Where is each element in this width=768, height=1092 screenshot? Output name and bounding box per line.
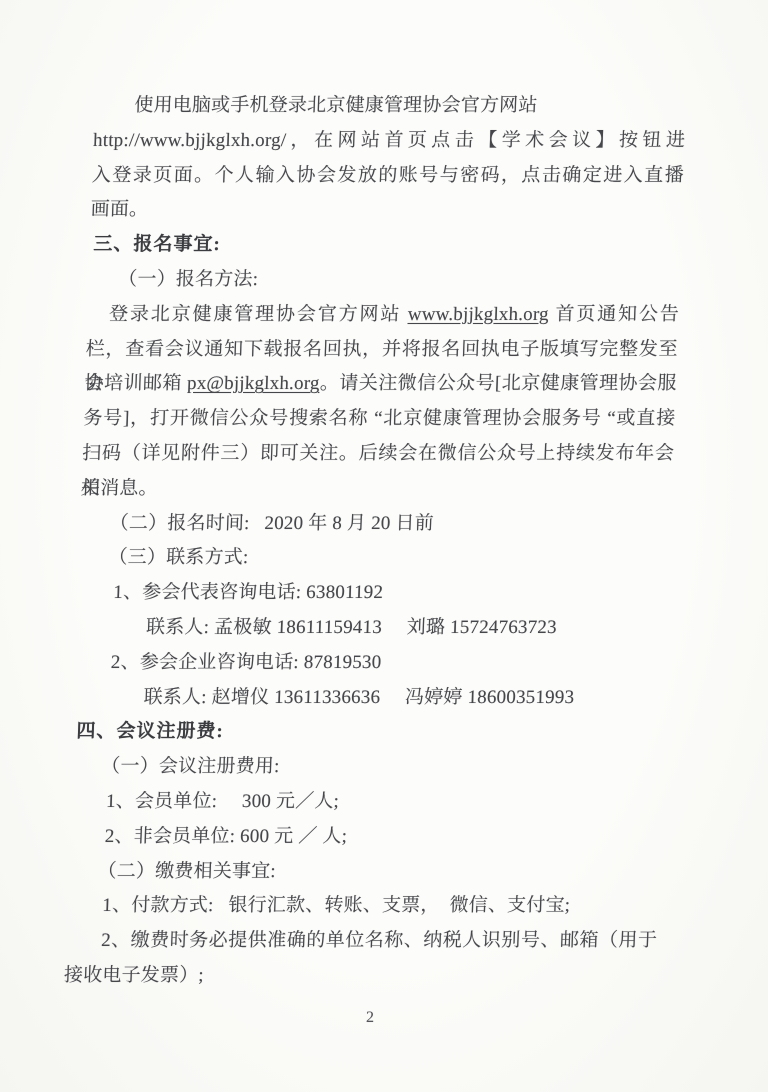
text-line: http://www.bjjkglxh.org/，在网站首页点击【学术会议】按钮… — [92, 124, 685, 159]
text-segment: http://www.bjjkglxh.org/，在网站首页点击【学术会议】按钮… — [93, 130, 686, 151]
text-segment: （二）报名时间: 2020 年 8 月 20 日前 — [109, 513, 434, 534]
text-segment: （一）报名方法: — [118, 269, 259, 290]
text-block: 使用电脑或手机登录北京健康管理协会官方网站http://www.bjjkglxh… — [0, 0, 768, 994]
text-segment: 三、报名事宜: — [93, 234, 221, 255]
text-segment: 联系人: 孟极敏 18611159413 刘璐 15724763723 — [146, 617, 557, 638]
text-line: 入登录页面。个人输入协会发放的账号与密码，点击确定进入直播 — [91, 159, 684, 194]
text-segment: 2、参会企业咨询电话: 87819530 — [111, 652, 382, 673]
text-line: 2、参会企业咨询电话: 87819530 — [110, 646, 768, 681]
text-line: 1、参会代表咨询电话: 63801192 — [113, 576, 768, 611]
text-line: 联系人: 赵增仪 13611336636 冯婷婷 18600351993 — [143, 681, 768, 716]
text-line: 栏，查看会议通知下载报名回执，并将报名回执电子版填写完整发至协 — [85, 333, 678, 368]
section-heading: 四、会议注册费: — [76, 715, 768, 750]
text-line: 使用电脑或手机登录北京健康管理协会官方网站 — [134, 89, 768, 124]
text-line: 登录北京健康管理协会官方网站 www.bjjkglxh.org 首页通知公告 — [108, 298, 679, 333]
text-line: 联系人: 孟极敏 18611159413 刘璐 15724763723 — [145, 611, 768, 646]
text-line: （三）联系方式: — [108, 541, 768, 576]
text-line: 扫码（详见附件三）即可关注。后续会在微信公众号上持续发布年会相 — [82, 437, 675, 472]
text-line: （一）会议注册费用: — [101, 750, 768, 785]
text-segment: 入登录页面。个人输入协会发放的账号与密码，点击确定进入直播 — [92, 165, 685, 186]
text-segment: 接收电子发票）; — [64, 965, 205, 986]
text-line: 1、会员单位: 300 元／人; — [105, 785, 768, 820]
text-segment: 。请关注微信公众号[北京健康管理协会服 — [319, 373, 677, 394]
text-segment: 四、会议注册费: — [76, 721, 224, 742]
text-line: 务号]，打开微信公众号搜索名称 “北京健康管理协会服务号 “或直接 — [83, 402, 676, 437]
text-segment: （一）会议注册费用: — [101, 756, 280, 777]
text-line: 2、非会员单位: 600 元 ／ 人; — [104, 820, 768, 855]
text-segment: 1、付款方式: 银行汇款、转账、支票， 微信、支付宝; — [102, 895, 571, 916]
text-segment: （三）联系方式: — [108, 547, 249, 568]
text-segment: 会培训邮箱 — [84, 373, 187, 394]
text-segment: 首页通知公告 — [548, 304, 679, 325]
text-segment: 务号]，打开微信公众号搜索名称 “北京健康管理协会服务号 “或直接 — [83, 408, 676, 429]
underlined-link-text: www.bjjkglxh.org — [408, 304, 550, 325]
text-line: 关消息。 — [80, 472, 768, 507]
text-line: 1、付款方式: 银行汇款、转账、支票， 微信、支付宝; — [102, 889, 768, 924]
text-line: 会培训邮箱 px@bjjkglxh.org。请关注微信公众号[北京健康管理协会服 — [84, 367, 677, 402]
text-segment: 2、缴费时务必提供准确的单位名称、纳税人识别号、邮箱（用于 — [101, 930, 658, 951]
text-segment: 关消息。 — [81, 478, 159, 499]
text-segment: 2、非会员单位: 600 元 ／ 人; — [104, 826, 347, 847]
text-line: （二）缴费相关事宜: — [97, 855, 768, 890]
text-segment: 1、参会代表咨询电话: 63801192 — [113, 582, 384, 603]
text-segment: 使用电脑或手机登录北京健康管理协会官方网站 — [134, 95, 538, 116]
text-segment: 1、会员单位: 300 元／人; — [106, 791, 340, 812]
text-segment: 画面。 — [90, 199, 148, 220]
text-line: 接收电子发票）; — [63, 959, 768, 994]
page-number: 2 — [0, 1009, 740, 1027]
text-line: （二）报名时间: 2020 年 8 月 20 日前 — [109, 507, 768, 542]
text-segment: 联系人: 赵增仪 13611336636 冯婷婷 18600351993 — [143, 687, 574, 708]
document-page: 使用电脑或手机登录北京健康管理协会官方网站http://www.bjjkglxh… — [0, 0, 768, 1092]
text-segment: 登录北京健康管理协会官方网站 — [109, 304, 409, 325]
text-line: 画面。 — [90, 193, 768, 228]
text-segment: （二）缴费相关事宜: — [97, 861, 276, 882]
underlined-link-text: px@bjjkglxh.org — [187, 373, 320, 394]
section-heading: 三、报名事宜: — [93, 228, 768, 263]
text-line: （一）报名方法: — [118, 263, 768, 298]
text-line: 2、缴费时务必提供准确的单位名称、纳税人识别号、邮箱（用于 — [101, 924, 658, 959]
